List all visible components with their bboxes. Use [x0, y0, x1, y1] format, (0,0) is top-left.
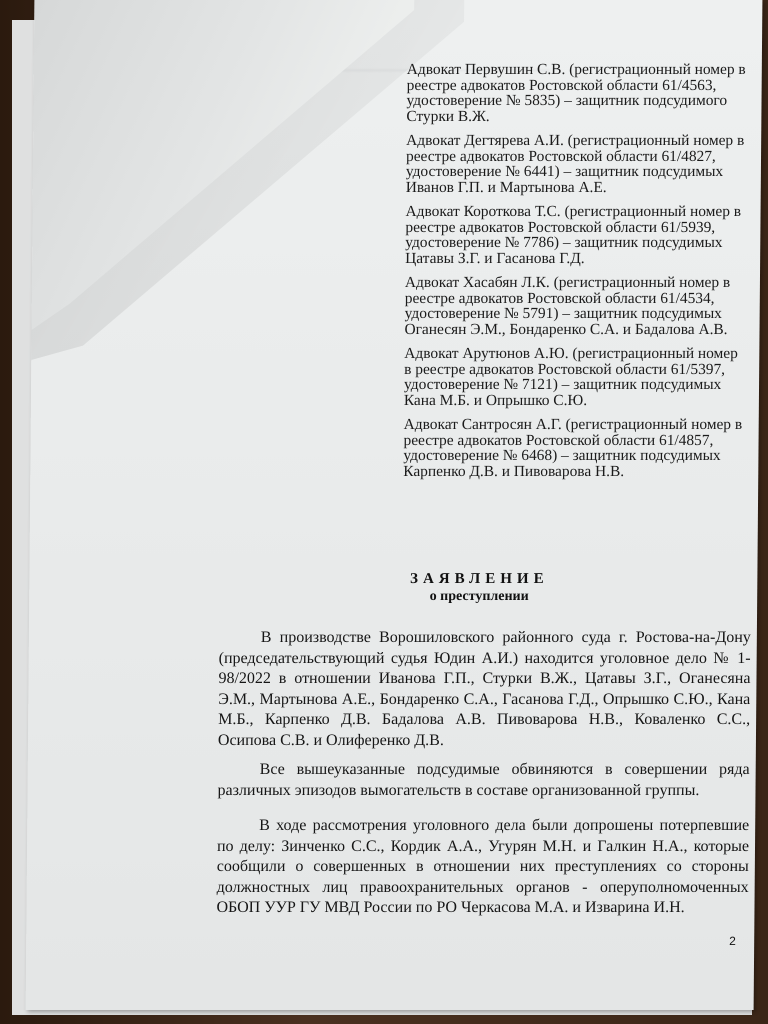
document-subtitle: о преступлении — [199, 588, 759, 606]
paragraph: В ходе рассмотрения уголовного дела были… — [216, 816, 749, 919]
page-number: 2 — [729, 934, 736, 948]
document-page: ───────────────────────── Адвокат Первуш… — [26, 0, 763, 1010]
lawyer-entry: Адвокат Сантросян А.Г. (регистрационный … — [403, 417, 744, 479]
defense-lawyers-list: Адвокат Первушин С.В. (регистрационный н… — [403, 62, 747, 488]
lawyer-entry: Адвокат Короткова Т.С. (регистрационный … — [405, 204, 746, 266]
paragraph: Все вышеуказанные подсудимые обвиняются … — [217, 760, 749, 801]
document-title-block: ЗАЯВЛЕНИЕ о преступлении — [199, 570, 759, 606]
lawyer-entry: Адвокат Арутюнов А.Ю. (регистрационный н… — [404, 346, 745, 408]
lawyer-entry: Адвокат Дегтярева А.И. (регистрационный … — [406, 133, 747, 195]
lawyer-entry: Адвокат Первушин С.В. (регистрационный н… — [406, 62, 747, 124]
lawyer-entry: Адвокат Хасабян Л.К. (регистрационный но… — [404, 275, 745, 337]
paragraph: В производстве Ворошиловского районного … — [218, 628, 751, 751]
document-title: ЗАЯВЛЕНИЕ — [199, 570, 759, 588]
